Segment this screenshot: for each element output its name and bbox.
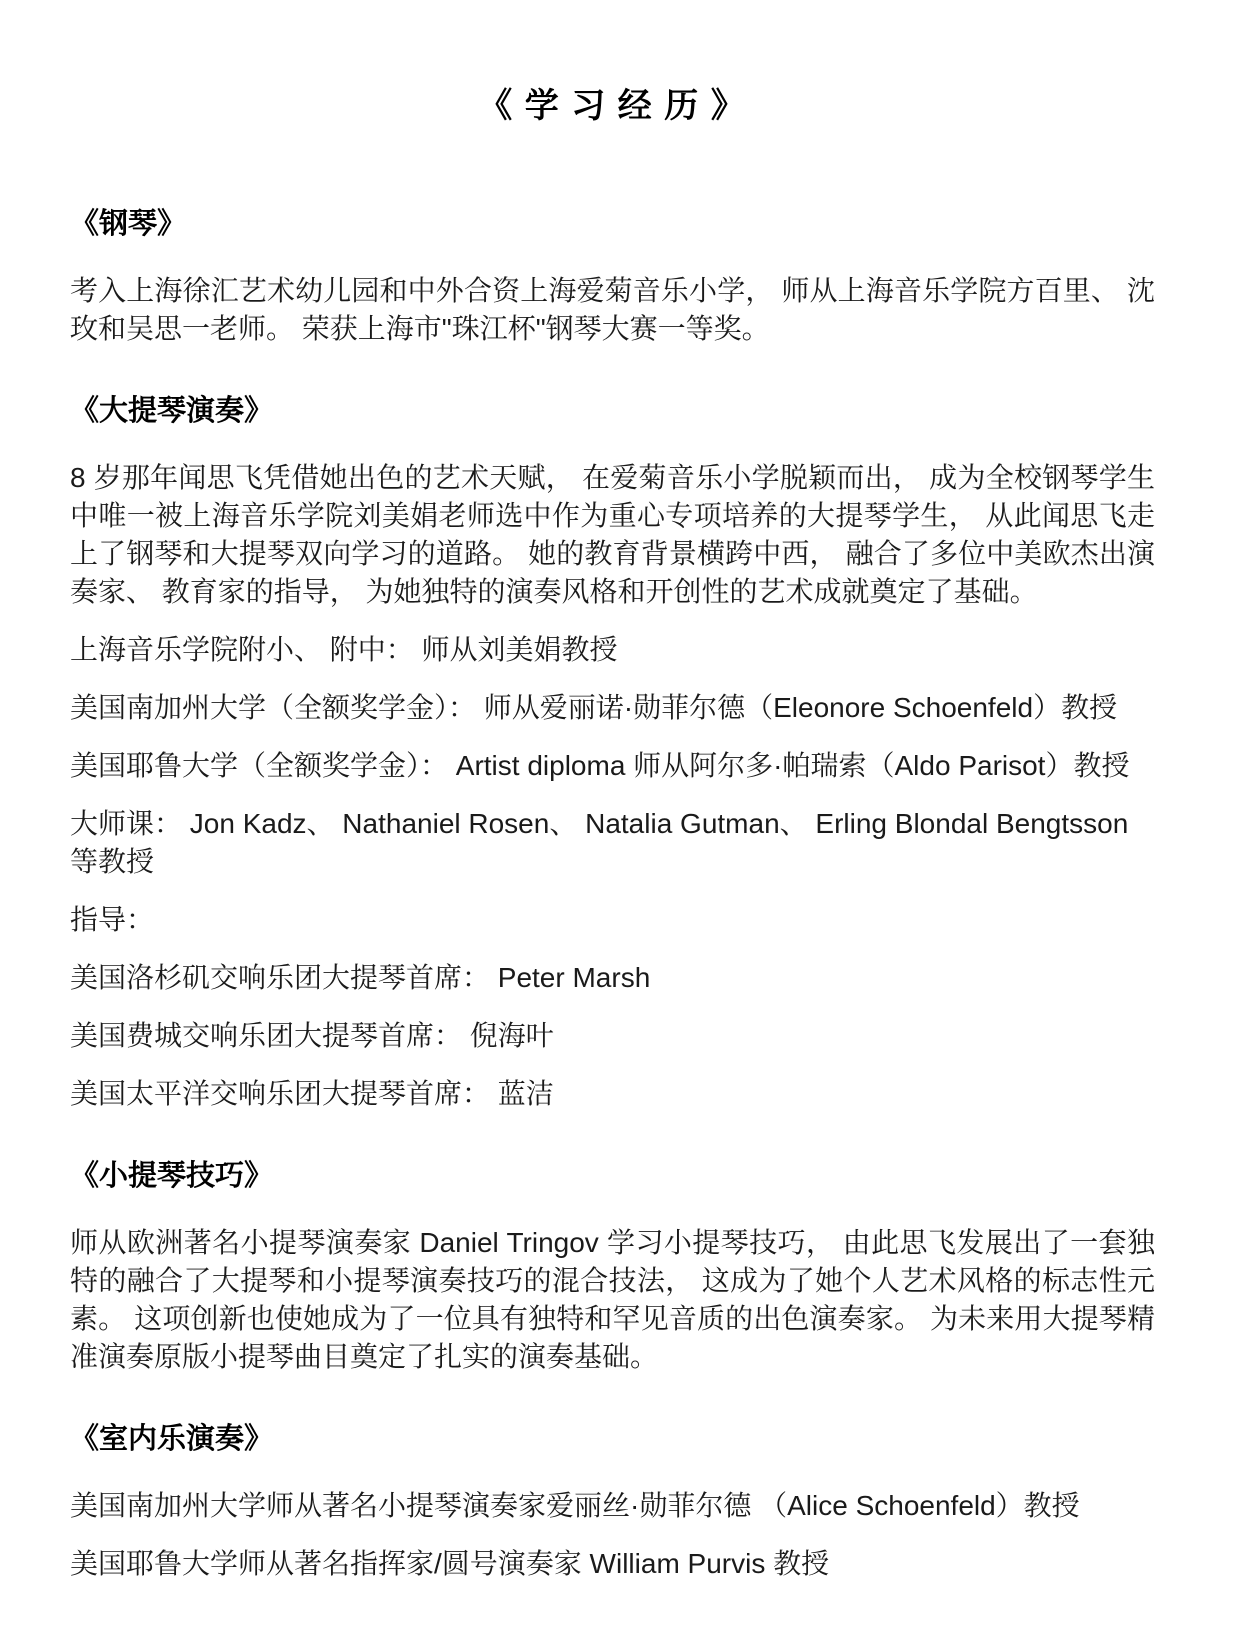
section-heading-chamber-music: 《室内乐演奏》 [70, 1416, 1155, 1457]
document-title: 《 学 习 经 历 》 [70, 78, 1155, 127]
paragraph-piano: 考入上海徐汇艺术幼儿园和中外合资上海爱菊音乐小学， 师从上海音乐学院方百里、 沈… [70, 272, 1155, 348]
line-masterclasses: 大师课： Jon Kadz、 Nathaniel Rosen、 Natalia … [70, 805, 1155, 881]
line-usc-scholarship: 美国南加州大学（全额奖学金）： 师从爱丽诺·勋菲尔德（Eleonore Scho… [70, 689, 1155, 727]
section-heading-piano: 《钢琴》 [70, 201, 1155, 242]
document-page: 《 学 习 经 历 》 《钢琴》 考入上海徐汇艺术幼儿园和中外合资上海爱菊音乐小… [0, 0, 1240, 1643]
paragraph-violin-technique: 师从欧洲著名小提琴演奏家 Daniel Tringov 学习小提琴技巧， 由此思… [70, 1224, 1155, 1376]
section-heading-violin-technique: 《小提琴技巧》 [70, 1153, 1155, 1194]
paragraph-cello-intro: 8 岁那年闻思飞凭借她出色的艺术天赋， 在爱菊音乐小学脱颖而出， 成为全校钢琴学… [70, 459, 1155, 611]
line-yale-scholarship: 美国耶鲁大学（全额奖学金）： Artist diploma 师从阿尔多·帕瑞索（… [70, 747, 1155, 785]
section-heading-cello-performance: 《大提琴演奏》 [70, 388, 1155, 429]
line-pacific-principal: 美国太平洋交响乐团大提琴首席： 蓝洁 [70, 1075, 1155, 1113]
line-shanghai-conservatory: 上海音乐学院附小、 附中： 师从刘美娟教授 [70, 631, 1155, 669]
line-yale-chamber: 美国耶鲁大学师从著名指挥家/圆号演奏家 William Purvis 教授 [70, 1545, 1155, 1583]
line-usc-chamber: 美国南加州大学师从著名小提琴演奏家爱丽丝·勋菲尔德 （Alice Schoenf… [70, 1487, 1155, 1525]
line-philadelphia-principal: 美国费城交响乐团大提琴首席： 倪海叶 [70, 1017, 1155, 1055]
line-mentorship-label: 指导： [70, 901, 1155, 939]
line-la-symphony-principal: 美国洛杉矶交响乐团大提琴首席： Peter Marsh [70, 959, 1155, 997]
